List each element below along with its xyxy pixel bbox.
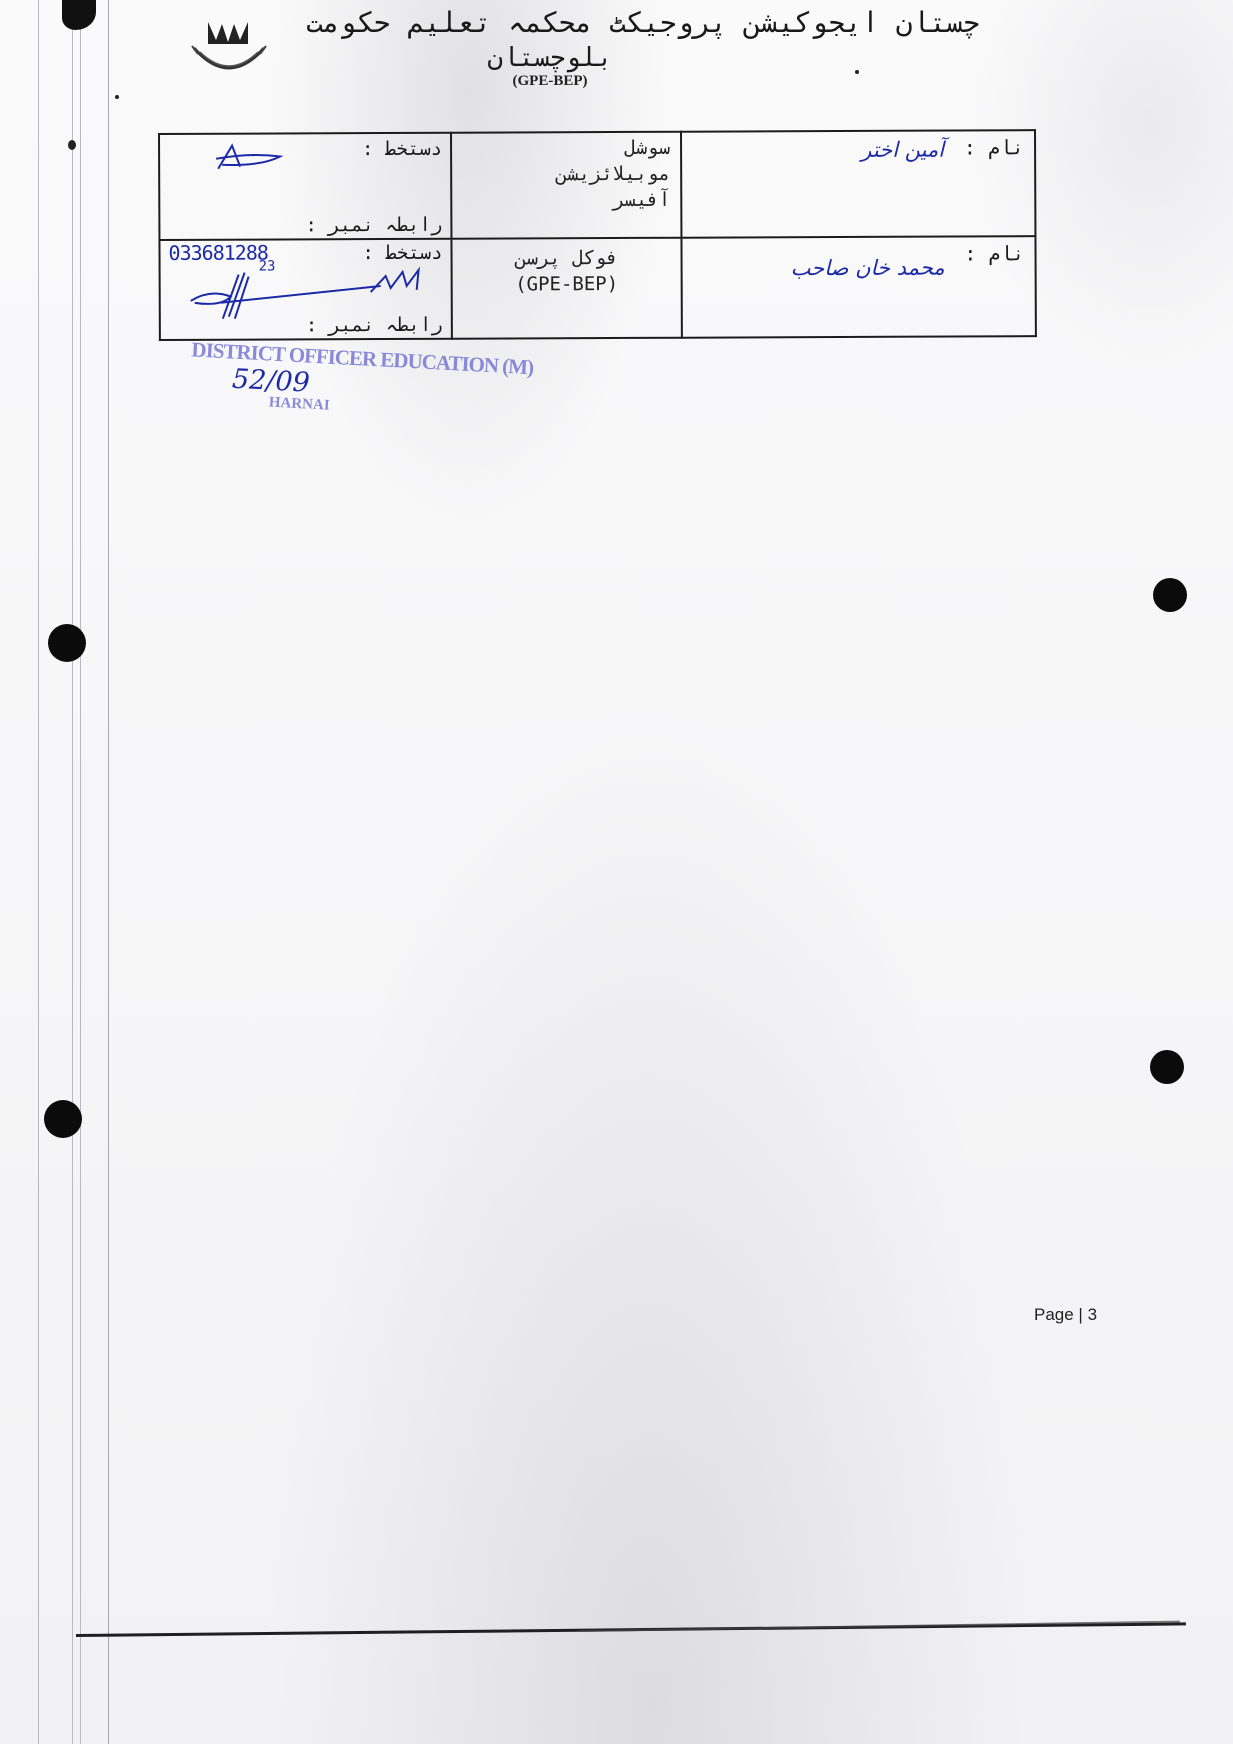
handwritten-date: 52/09 [231,364,310,399]
role-cell: سوشل موبیلائزیشن آفیسر [451,132,681,239]
punch-hole [48,624,86,662]
role-line: موبیلائزیشن [462,161,670,188]
signature-cell: 033681288 23 دستخط : رابطہ نمبر : [159,239,451,340]
header-abbreviation: (GPE-BEP) [120,73,980,90]
official-stamp: DISTRICT OFFICER EDUCATION (M) HARNAI 52… [188,337,482,427]
name-label: نام : [964,241,1024,265]
signature-mark [210,142,300,172]
signature-label: دستخط : [362,138,442,160]
margin-line [72,0,73,1744]
punch-hole [1153,578,1187,612]
signature-cell: دستخط : رابطہ نمبر : [159,133,451,240]
page-number: Page | 3 [1034,1305,1097,1325]
table-row: دستخط : رابطہ نمبر : سوشل موبیلائزیشن آف… [159,130,1035,240]
name-cell: نام : محمد خان صاحب [681,236,1035,338]
role-cell: فوکل پرسن (GPE-BEP) [451,238,681,339]
table-row: 033681288 23 دستخط : رابطہ نمبر : فوکل پ… [159,236,1035,340]
punch-hole [1150,1050,1184,1084]
punch-hole [44,1100,82,1138]
header-subtitle: بلوچستان [120,43,980,73]
role-line: آفیسر [462,187,670,214]
contact-number: 033681288 [168,241,267,265]
contact-label: رابطہ نمبر : [305,214,442,237]
margin-line [80,0,81,1744]
speck [68,140,76,150]
name-value: محمد خان صاحب [791,256,945,281]
margin-line [108,0,109,1744]
name-label: نام : [964,135,1024,159]
name-cell: نام : آمین اختر [681,130,1035,238]
header-title: چستان ایجوکیشن پروجیکٹ محکمہ تعلیم حکومت [120,6,980,39]
document-header: چستان ایجوکیشن پروجیکٹ محکمہ تعلیم حکومت… [120,6,980,90]
role-line: (GPE-BEP) [463,271,671,298]
role-line: سوشل [462,135,670,162]
contact-label: رابطہ نمبر : [306,314,443,337]
name-value: آمین اختر [861,138,944,162]
margin-line [38,0,39,1744]
contact-table: دستخط : رابطہ نمبر : سوشل موبیلائزیشن آف… [158,129,1037,341]
speck [115,95,119,99]
signature-label: دستخط : [362,242,442,264]
role-line: فوکل پرسن [462,245,670,272]
